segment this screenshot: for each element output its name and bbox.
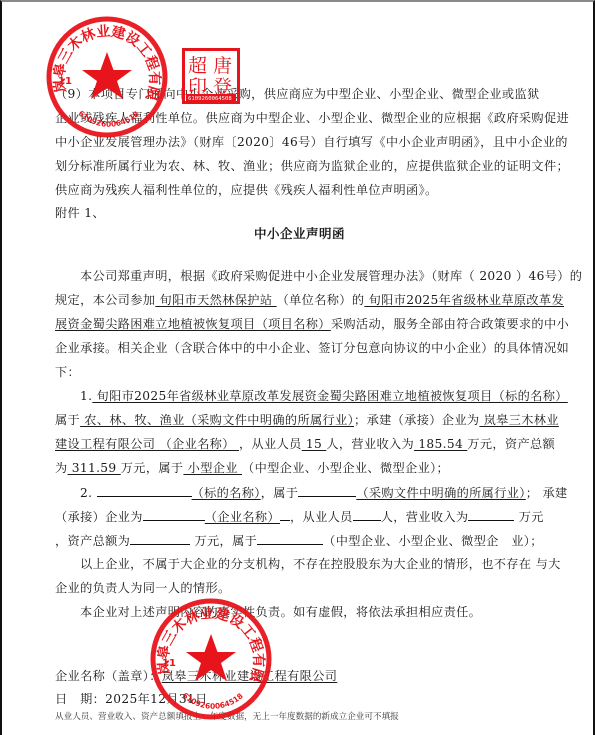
item1-line-1: 1. 旬阳市2025年省级林业草原改革发展资金蜀尖路困难立地植被恢复项目（标的名… — [80, 388, 553, 404]
item1-contractor-part-1: 岚皋三木林业 — [479, 413, 558, 427]
item2-size-options: （中型企业、小型企业、微型企 业）； — [323, 534, 543, 548]
item1-assets-label: 万元，资产总额 — [467, 437, 555, 451]
item2-revenue-label: 人，营业收入为 — [381, 510, 469, 524]
item2-assets-blank[interactable] — [130, 532, 190, 545]
item2-subject-blank[interactable] — [97, 484, 192, 497]
item2-belongs-label: ，属于 — [261, 486, 299, 500]
closing-line-1: 以上企业，不属于大企业的分支机构，不存在控股股东为大企业的情形，也不存在 与大 — [80, 556, 553, 572]
item1-assets-for: 为 — [55, 461, 68, 475]
declaration-prefix: 规定，本公司参加 — [55, 293, 155, 307]
item1-size-label: 万元，属于 — [121, 461, 184, 475]
document-title: 中小企业声明函 — [2, 224, 595, 242]
item2-contractor-name-label: （企业名称） — [205, 510, 280, 524]
intro-line-3: 中小企业发展管理办法》（财库〔2020〕46号）自行填写《中小企业声明函》，且中… — [55, 134, 553, 150]
declaration-line-5: 下： — [55, 364, 553, 380]
purchaser-name: 旬阳市天然林保护站 — [155, 293, 276, 307]
item1-employees-label: ，从业人员 — [239, 437, 302, 451]
item1-revenue: 185.54 — [414, 437, 467, 451]
footnote: 从业人员、营业收入、资产总额填报上一年度数据，无上一年度数据的新成立企业可不填报 — [55, 710, 399, 722]
document-page: （9）本项目专门面向中小企业采购，供应商应为中型企业、小型企业、微型企业或监狱 … — [0, 0, 595, 735]
intro-line-4: 划分标准所属行业为农、林、牧、渔业；供应商为监狱企业的，应提供监狱企业的证明文件… — [55, 158, 553, 174]
item2-employees-blank[interactable] — [353, 508, 381, 521]
item1-number: 1. — [80, 389, 92, 403]
declaration-mid: （单位名称）的 — [277, 293, 365, 307]
intro-line-1: （9）本项目专门面向中小企业采购，供应商应为中型企业、小型企业、微型企业或监狱 — [55, 86, 553, 102]
item2-industry-label: （采购文件中明确的所属行业） — [356, 486, 525, 500]
item1-assets: 311.59 — [68, 461, 121, 475]
closing-line-3: 本企业对上述声明内容的真实性负责。如有虚假，将依法承担相应责任。 — [80, 604, 553, 620]
declaration-line-4: 企业承接。相关企业（含联合体中的中小企业、签订分包意向协议的中小企业）的具体情况… — [55, 340, 553, 356]
item2-number: 2. — [80, 486, 92, 500]
item2-contract-suffix: ； 承建 — [526, 486, 568, 500]
item1-revenue-label: 人，营业收入为 — [326, 437, 414, 451]
project-name-part-1: 旬阳市2025年省级林业草原改革发 — [364, 293, 564, 307]
item1-employees: 15 — [302, 437, 327, 451]
item2-line-3: ，资产总额为 万元，属于（中型企业、小型企业、微型企 业）； — [55, 532, 553, 549]
item1-contractor-label: ；承建（承接）企业为 — [354, 413, 479, 427]
company-name: 岚皋三木林业建设工程有限公司 — [162, 669, 338, 683]
date-label: 日 期： — [55, 692, 105, 706]
item2-line-1: 2. （标的名称），属于（采购文件中明确的所属行业）； 承建 — [80, 484, 553, 501]
item1-size-options: （中型企业、小型企业、微型企业）； — [242, 461, 449, 475]
item2-revenue-unit: 万元 — [519, 510, 544, 524]
item2-revenue-blank[interactable] — [468, 508, 514, 521]
item2-size-label: 万元，属于 — [194, 534, 257, 548]
item1-line-4: 为 311.59 万元，属于 小型企业 （中型企业、小型企业、微型企业）； — [55, 460, 553, 476]
item2-industry-blank[interactable] — [298, 484, 356, 497]
underline-pad — [280, 508, 290, 521]
item2-contractor-blank[interactable] — [143, 508, 205, 521]
item1-contractor-part-2: 建设工程有限公司 （企业名称） — [55, 437, 239, 451]
item1-industry: 农、林、牧、渔业（采购文件中明确的所属行业） — [80, 413, 354, 427]
item1-size: 小型企业 — [183, 461, 242, 475]
item2-assets-label: ，资产总额为 — [55, 534, 130, 548]
attachment-label: 附件 1、 — [55, 205, 553, 221]
company-label: 企业名称（盖章）： — [55, 669, 162, 683]
declaration-line-2: 规定，本公司参加 旬阳市天然林保护站 （单位名称）的 旬阳市2025年省级林业草… — [55, 292, 553, 308]
item2-line-2: （承接）企业为（企业名称），从业人员人，营业收入为 万元 — [55, 508, 553, 525]
closing-line-2: 企业的负责人为同一人的情形。 — [55, 580, 553, 596]
svg-text:唐: 唐 — [213, 55, 232, 77]
item1-line-2: 属于 农、林、牧、渔业（采购文件中明确的所属行业）；承建（承接）企业为 岚皋三木… — [55, 412, 553, 428]
declaration-line-3: 展资金蜀尖路困难立地植被恢复项目（项目名称）采购活动，服务全部由符合政策要求的中… — [55, 316, 553, 332]
item2-subject-label: （标的名称） — [192, 486, 261, 500]
intro-line-2: 企业或残疾人福利性单位。供应商为中型企业、小型企业、微型企业的应根据《政府采购促… — [55, 110, 553, 126]
item1-subject-name: 旬阳市2025年省级林业草原改革发展资金蜀尖路困难立地植被恢复项目（标的名称） — [92, 389, 567, 403]
svg-text:超: 超 — [188, 55, 207, 77]
date-value: 2025年12月31日 — [105, 692, 207, 706]
item1-belongs-label: 属于 — [55, 413, 80, 427]
declaration-line-1: 本公司郑重声明，根据《政府采购促进中小企业发展管理办法》（财库（ 2020 ）4… — [80, 268, 553, 284]
item2-employees-label: ，从业人员 — [290, 510, 353, 524]
item1-line-3: 建设工程有限公司 （企业名称） ，从业人员 15 人，营业收入为 185.54 … — [55, 436, 553, 452]
item2-contractor-label: （承接）企业为 — [55, 510, 143, 524]
signature-date-line: 日 期：2025年12月31日 — [55, 691, 553, 707]
intro-line-5: 供应商为残疾人福利性单位的，应提供《残疾人福利性单位声明函》。 — [55, 182, 553, 198]
declaration-suffix: 采购活动，服务全部由符合政策要求的中小 — [331, 317, 569, 331]
project-name-part-2: 展资金蜀尖路困难立地植被恢复项目（项目名称） — [55, 317, 331, 331]
signature-company-line: 企业名称（盖章）：岚皋三木林业建设工程有限公司 — [55, 668, 553, 684]
item2-size-blank[interactable] — [257, 532, 323, 545]
